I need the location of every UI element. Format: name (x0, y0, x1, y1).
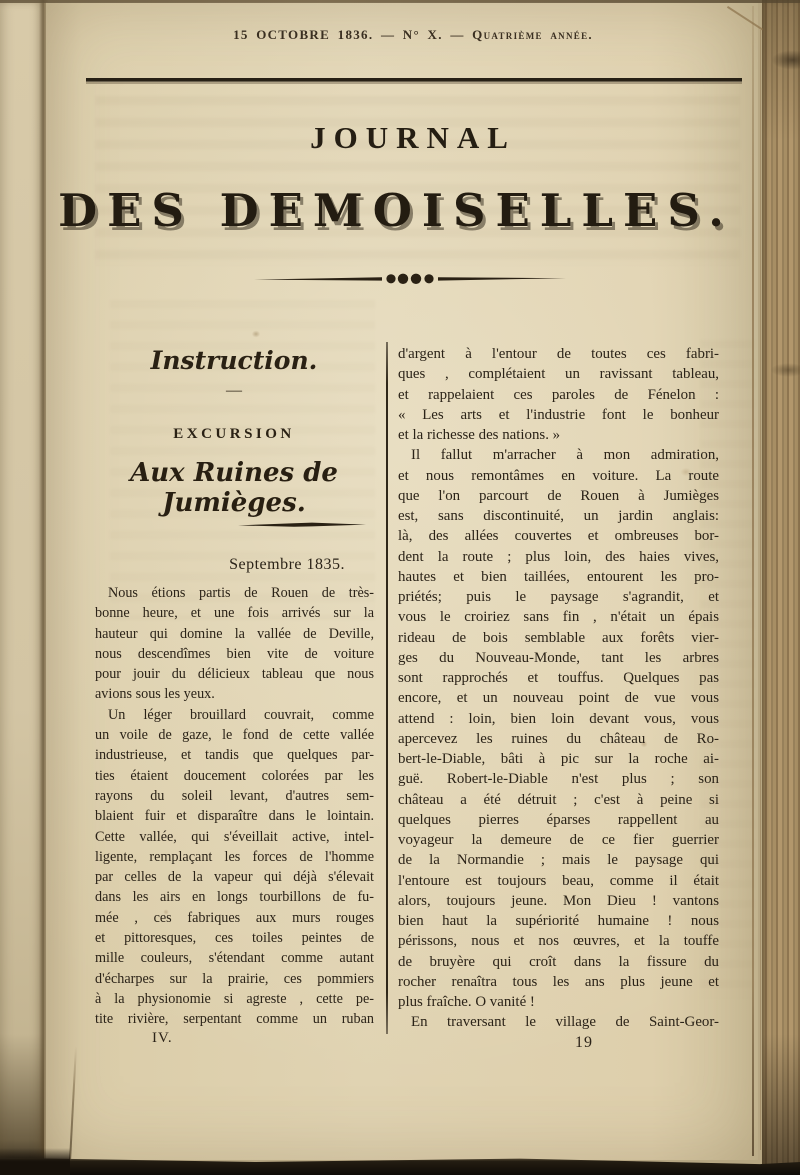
text-line: ques , complétaient un ravissant tableau… (398, 364, 719, 384)
text-line: est, sans discontinuité, un jardin angla… (398, 506, 719, 526)
text-line: alors, toujours jeune. Mon Dieu ! vanton… (398, 891, 719, 911)
text-line: et la richesse des nations. » (398, 425, 719, 445)
text-line: mille couleurs, s'étendant comme autant (95, 948, 374, 968)
text-line: rayons du soleil levant, d'autres sem- (95, 786, 374, 806)
issue-date-line: 15 OCTOBRE 1836. — N° X. — Quatrième ann… (86, 27, 740, 43)
text-line: bien haut la supériorité humaine ! nous (398, 911, 719, 931)
scanned-journal-page: 15 OCTOBRE 1836. — N° X. — Quatrième ann… (0, 0, 800, 1175)
text-line: pour jouir du délicieux tableau que nous (95, 664, 374, 684)
text-line: que l'on parcourt de Rouen à Jumièges (398, 486, 719, 506)
text-line: et nous remontâmes en voiture. La route (398, 466, 719, 486)
text-line: rideau de bois semblable aux forêts vier… (398, 628, 719, 648)
section-heading: Instruction. (95, 346, 373, 375)
text-line: priétés; puis le paysage s'agrandit, et (398, 587, 719, 607)
text-line: nous descendîmes bien vite de voiture (95, 644, 374, 664)
text-line: « Les arts et l'industrie font le bonheu… (398, 405, 719, 425)
text-line: voyageur la demeure de ce fier guerrier (398, 830, 719, 850)
text-line: et pittoresques, ces toiles peintes de (95, 928, 374, 948)
column-divider-rule (386, 342, 388, 1034)
signature-mark: IV. (152, 1030, 173, 1047)
text-line: Nous étions partis de Rouen de très- (95, 583, 374, 603)
text-line: encore, et un nouveau point de vue vous (398, 688, 719, 708)
article-dateline: Septembre 1835. (95, 556, 345, 574)
swelled-rule-ornament (238, 520, 366, 530)
text-line: blaient fuir et disparaître dans le loin… (95, 806, 374, 826)
printed-page-content: 15 OCTOBRE 1836. — N° X. — Quatrième ann… (0, 0, 800, 1175)
article-title: Aux Ruines de Jumièges. (88, 458, 380, 518)
text-line: vous le croiriez sans fin , n'était un é… (398, 607, 719, 627)
text-line: rocher renaîtra tous les ans plus jeune … (398, 972, 719, 992)
text-line: bert-le-Diable, bâti à pic sur la roche … (398, 749, 719, 769)
text-line: Cette vallée, qui s'éveillait active, in… (95, 827, 374, 847)
text-line: quelques pierres éparses rappellent au (398, 810, 719, 830)
text-line: périssons, nous et nos œuvres, et la tou… (398, 931, 719, 951)
text-line: de la Normandie ; mais le paysage qui (398, 850, 719, 870)
text-line: guë. Robert-le-Diable n'est plus ; son (398, 769, 719, 789)
text-line: d'argent à l'entour de toutes ces fabri- (398, 344, 719, 364)
text-line: En traversant le village de Saint-Geor- (398, 1012, 719, 1032)
article-kicker: EXCURSION (95, 426, 373, 443)
text-line: ges du Nouveau-Monde, tant les arbres (398, 648, 719, 668)
text-line: avions sous les yeux. (95, 684, 374, 704)
text-line: et rappelaient ces paroles de Fénelon : (398, 385, 719, 405)
text-line: dent la route ; plus loin, des haies viv… (398, 547, 719, 567)
beaded-divider-ornament (254, 271, 566, 287)
left-text-column: Nous étions partis de Rouen de très-bonn… (95, 583, 374, 1030)
text-line: Il fallut m'arracher à mon admiration, (398, 445, 719, 465)
header-rule (86, 78, 742, 82)
text-line: hautes et bien taillées, entourent les p… (398, 567, 719, 587)
text-line: hauteur qui domine la vallée de Deville, (95, 624, 374, 644)
section-dash-divider: — (95, 382, 373, 400)
text-line: plus fraîche. O vanité ! (398, 992, 719, 1012)
text-line: ligente, remplaçant les forces de l'homm… (95, 847, 374, 867)
masthead-subtitle: DES DEMOISELLES. (40, 184, 752, 237)
text-line: de bruyère qui croît dans la fissure du (398, 952, 719, 972)
text-line: sont rapprochés et touffus. Quelques pas (398, 668, 719, 688)
page-number: 19 (575, 1034, 593, 1052)
text-line: par celles de la vapeur qui déjà s'éleva… (95, 867, 374, 887)
text-line: dans les airs en longs tourbillons de fu… (95, 887, 374, 907)
text-line: tite rivière, serpentant comme un ruban (95, 1009, 374, 1029)
text-line: industrieuse, et tandis que quelques par… (95, 745, 374, 765)
right-text-column: d'argent à l'entour de toutes ces fabri-… (398, 344, 719, 1033)
text-line: attend : loin, bien loin devant vous, vo… (398, 709, 719, 729)
text-line: mée , ces fabriques aux murs rouges (95, 908, 374, 928)
text-line: là, des allées couvertes et ombreuses bo… (398, 526, 719, 546)
text-line: l'entoure est toujours beau, comme il ét… (398, 871, 719, 891)
text-line: à la physionomie si agreste , cette pe- (95, 989, 374, 1009)
text-line: ties étaient doucement colorées par les (95, 766, 374, 786)
text-line: Un léger brouillard couvrait, comme (95, 705, 374, 725)
text-line: château a été détruit ; c'est à peine si (398, 790, 719, 810)
masthead-title: JOURNAL (86, 120, 740, 156)
text-line: bonne heure, et une fois arrivés sur la (95, 603, 374, 623)
text-line: un voile de gaze, le fond de cette vallé… (95, 725, 374, 745)
text-line: apercevez les ruines du château de Ro- (398, 729, 719, 749)
text-line: d'écharpes sur la prairie, ces pommiers (95, 969, 374, 989)
